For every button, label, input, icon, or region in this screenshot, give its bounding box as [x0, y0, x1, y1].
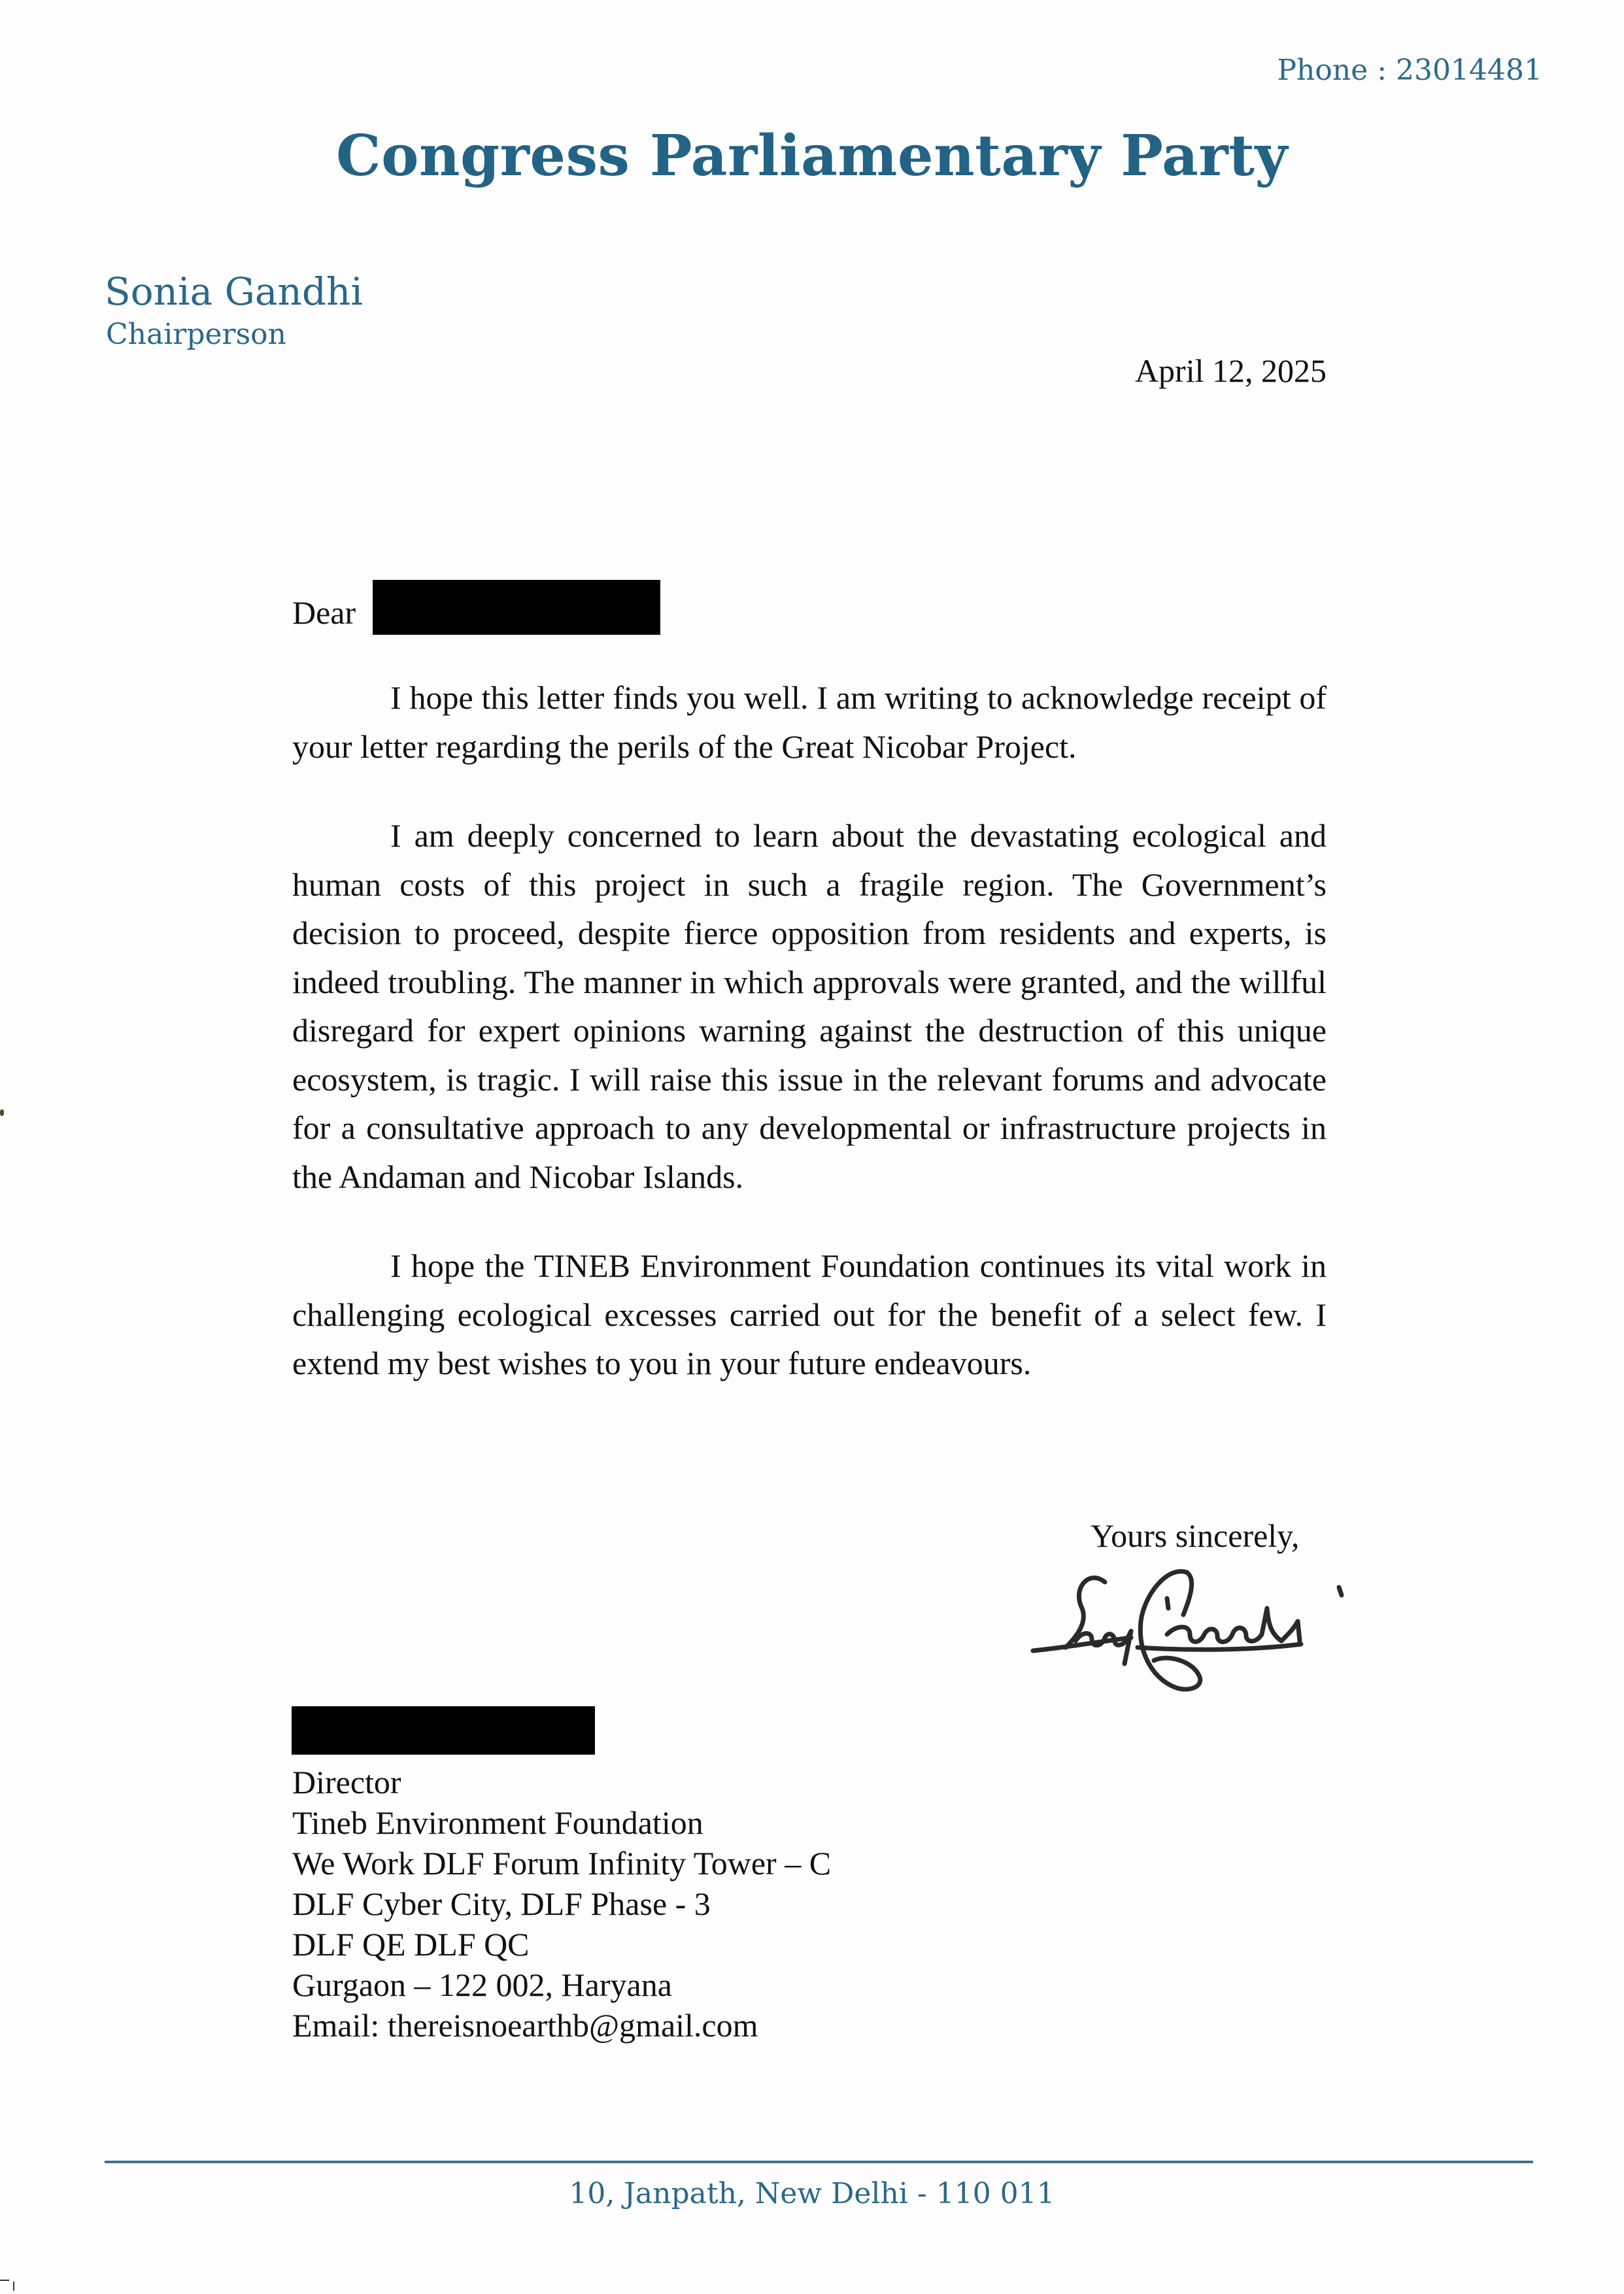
body-paragraph: I hope the TINEB Environment Foundation … — [292, 1241, 1327, 1388]
footer-divider — [105, 2161, 1533, 2163]
footer-address: 10, Janpath, New Delhi - 110 011 — [0, 2177, 1624, 2210]
letterhead-organization: Congress Parliamentary Party — [0, 123, 1624, 189]
addressee-address-line: We Work DLF Forum Infinity Tower – C — [292, 1843, 831, 1883]
redaction-block-addressee — [292, 1706, 595, 1755]
body-paragraph: I hope this letter finds you well. I am … — [292, 673, 1327, 771]
body-paragraph: I am deeply concerned to learn about the… — [292, 811, 1327, 1201]
crop-mark — [13, 2282, 14, 2291]
addressee-title: Director — [292, 1762, 831, 1802]
addressee-address-line: DLF Cyber City, DLF Phase - 3 — [292, 1883, 831, 1924]
sender-title: Chairperson — [106, 318, 286, 351]
addressee-address-line: DLF QE DLF QC — [292, 1924, 831, 1965]
sender-name: Sonia Gandhi — [105, 269, 363, 314]
addressee-block: Director Tineb Environment Foundation We… — [292, 1762, 831, 2046]
letter-page: Phone : 23014481 Congress Parliamentary … — [0, 0, 1624, 2294]
addressee-email: Email: thereisnoearthb@gmail.com — [292, 2005, 831, 2046]
salutation: Dear — [292, 594, 356, 632]
redaction-block-recipient — [373, 580, 660, 635]
salutation-text: Dear — [292, 594, 356, 632]
letter-date: April 12, 2025 — [1135, 352, 1327, 390]
signature-icon — [1026, 1543, 1393, 1700]
addressee-organization: Tineb Environment Foundation — [292, 1802, 831, 1843]
addressee-city: Gurgaon – 122 002, Haryana — [292, 1965, 831, 2005]
letterhead-phone: Phone : 23014481 — [1277, 54, 1542, 87]
crop-mark — [0, 2280, 9, 2281]
letter-body: I hope this letter finds you well. I am … — [292, 673, 1327, 1428]
scan-speck — [0, 1109, 4, 1116]
